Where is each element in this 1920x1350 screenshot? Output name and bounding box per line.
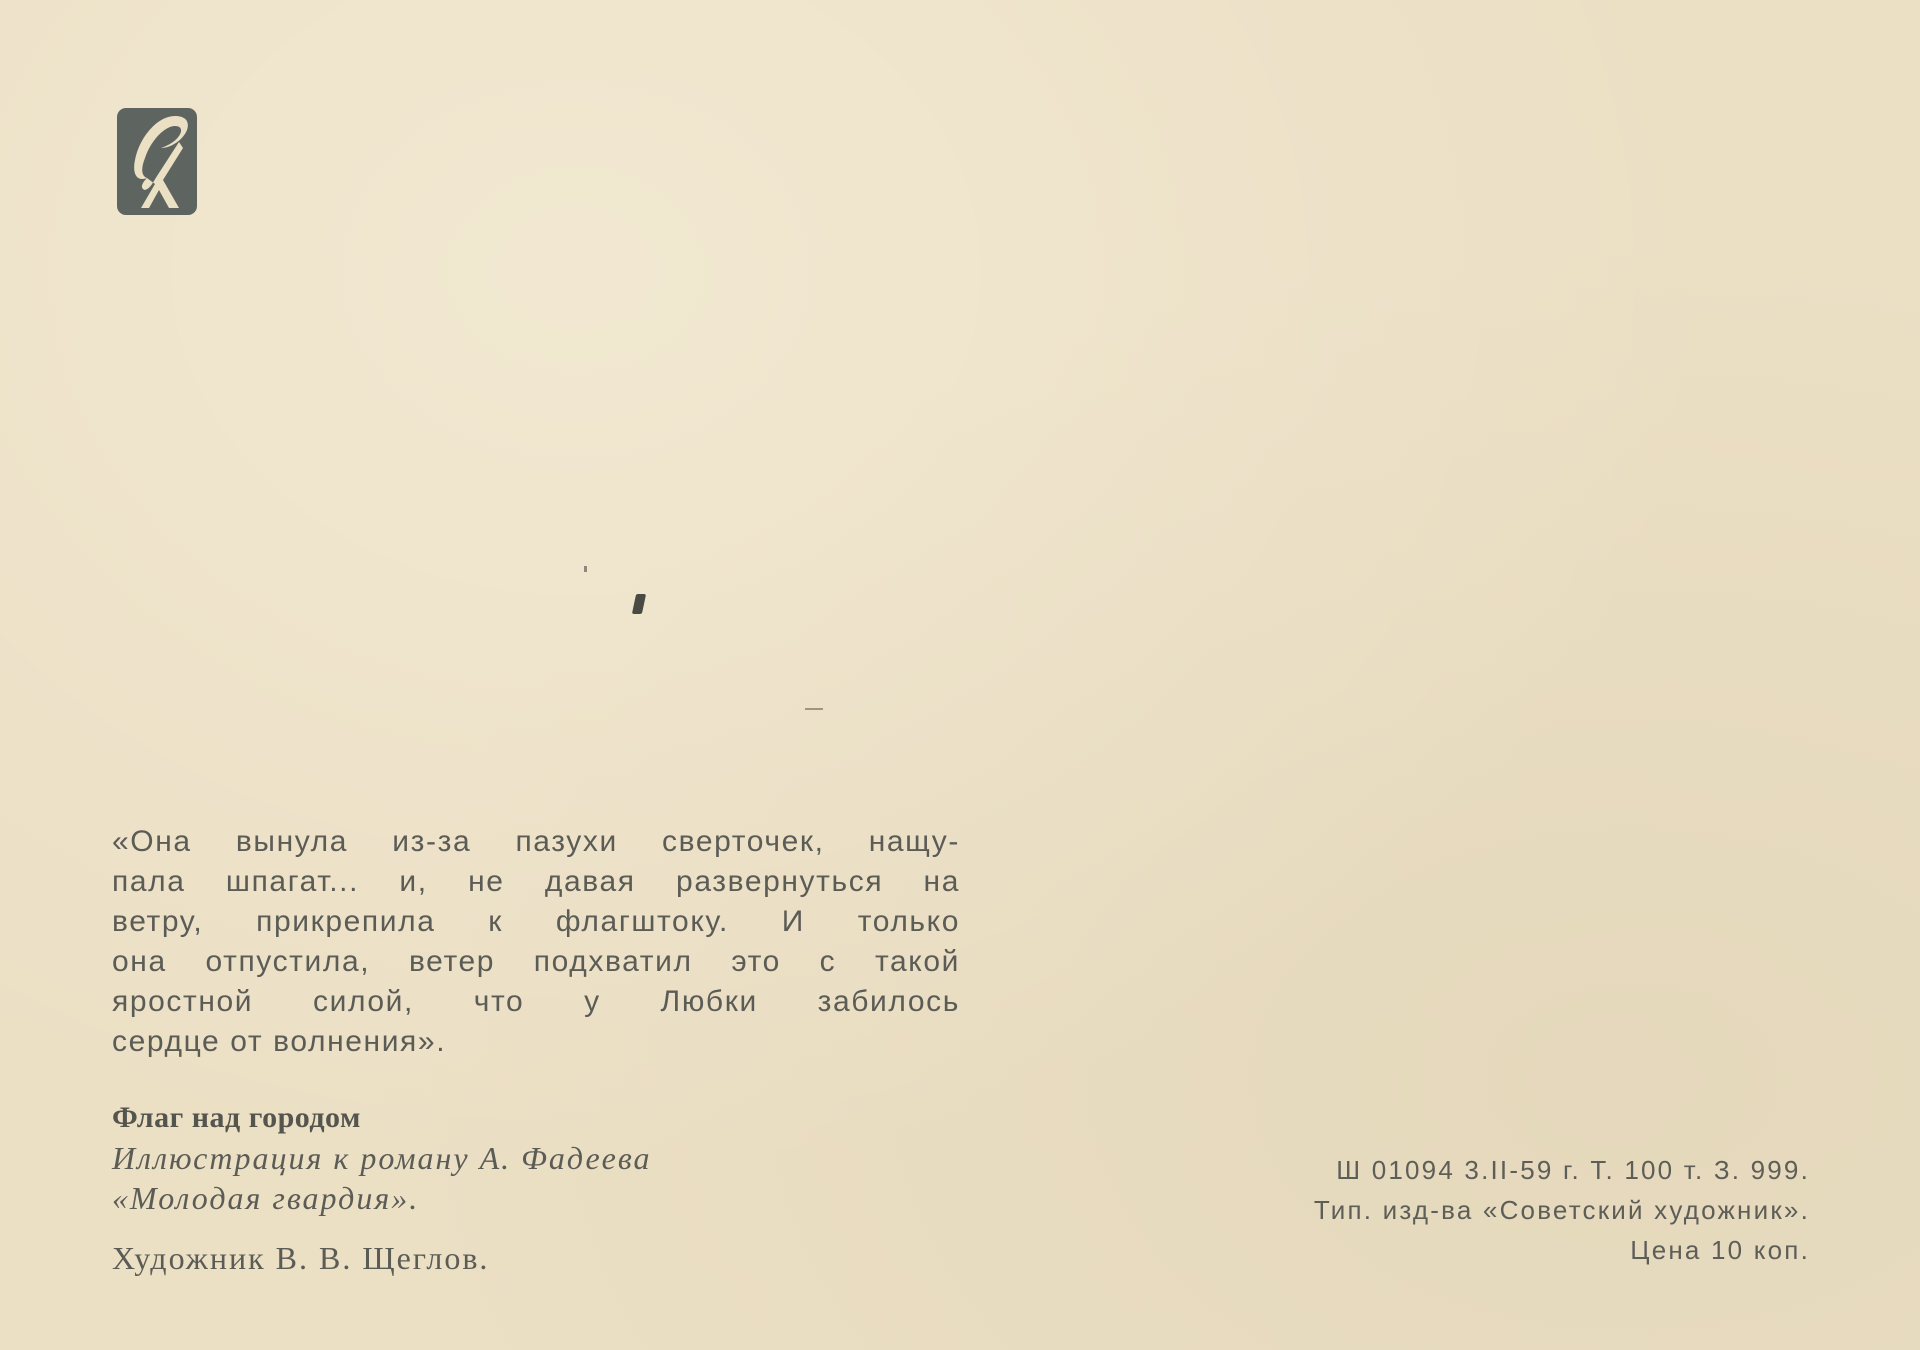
quote-word: прикрепила	[256, 902, 435, 942]
imprint-price: Цена 10 коп.	[1314, 1230, 1810, 1270]
quote-text: «Онавынулаиз-запазухисверточек,нащу- пал…	[112, 822, 960, 1062]
artwork-title: Флаг над городом	[112, 1098, 652, 1138]
artwork-subtitle-line1: Иллюстрация к роману А. Фадеева	[112, 1138, 652, 1178]
quote-line: онаотпустила,ветерподхватилэтостакой	[112, 942, 960, 982]
quote-line: ветру,прикрепилакфлагштоку.Итолько	[112, 902, 960, 942]
quote-word: не	[468, 862, 504, 902]
quote-line-text: сердце от волнения».	[112, 1022, 446, 1062]
quote-word: подхватил	[534, 942, 693, 982]
quote-word: вынула	[236, 822, 348, 862]
quote-word: только	[858, 902, 960, 942]
quote-word: и,	[399, 862, 427, 902]
quote-word: развернуться	[676, 862, 883, 902]
quote-word: шпагат...	[226, 862, 359, 902]
quote-word: из-за	[392, 822, 471, 862]
quote-word: у	[584, 982, 601, 1022]
quote-word: нащу-	[869, 822, 960, 862]
quote-word: такой	[875, 942, 960, 982]
artist-credit: Художник В. В. Щеглов.	[112, 1238, 652, 1278]
quote-word: на	[924, 862, 960, 902]
artwork-subtitle-line2: «Молодая гвардия».	[112, 1178, 652, 1218]
publisher-logo	[117, 108, 197, 215]
quote-word: Любки	[661, 982, 758, 1022]
sh-monogram-icon	[117, 108, 197, 215]
imprint-code: Ш 01094 3.II-59 г. Т. 100 т. З. 999.	[1314, 1150, 1810, 1190]
quote-line: яростнойсилой,чтоуЛюбкизабилось	[112, 982, 960, 1022]
paper-speck	[584, 566, 587, 572]
quote-word: «Она	[112, 822, 192, 862]
caption-block: Флаг над городом Иллюстрация к роману А.…	[112, 1098, 652, 1278]
quote-word: пала	[112, 862, 186, 902]
publisher-imprint: Ш 01094 3.II-59 г. Т. 100 т. З. 999. Тип…	[1314, 1150, 1810, 1270]
quote-word: забилось	[818, 982, 960, 1022]
quote-word: сверточек,	[662, 822, 825, 862]
quote-word: она	[112, 942, 167, 982]
quote-word: яростной	[112, 982, 253, 1022]
quote-line: «Онавынулаиз-запазухисверточек,нащу-	[112, 822, 960, 862]
quote-word: И	[782, 902, 805, 942]
quote-word: к	[488, 902, 503, 942]
quote-line: сердце от волнения».	[112, 1022, 960, 1062]
quote-word: это	[731, 942, 781, 982]
paper-speck	[805, 708, 823, 710]
quote-line: палашпагат...и,недаваяразвернутьсяна	[112, 862, 960, 902]
quote-word: флагштоку.	[556, 902, 729, 942]
quote-word: давая	[545, 862, 636, 902]
quote-word: ветер	[409, 942, 495, 982]
quote-word: с	[820, 942, 837, 982]
quote-word: что	[474, 982, 525, 1022]
quote-word: силой,	[313, 982, 414, 1022]
imprint-publisher: Тип. изд-ва «Советский художник».	[1314, 1190, 1810, 1230]
quote-word: пазухи	[515, 822, 617, 862]
quote-word: ветру,	[112, 902, 203, 942]
quote-word: отпустила,	[206, 942, 371, 982]
